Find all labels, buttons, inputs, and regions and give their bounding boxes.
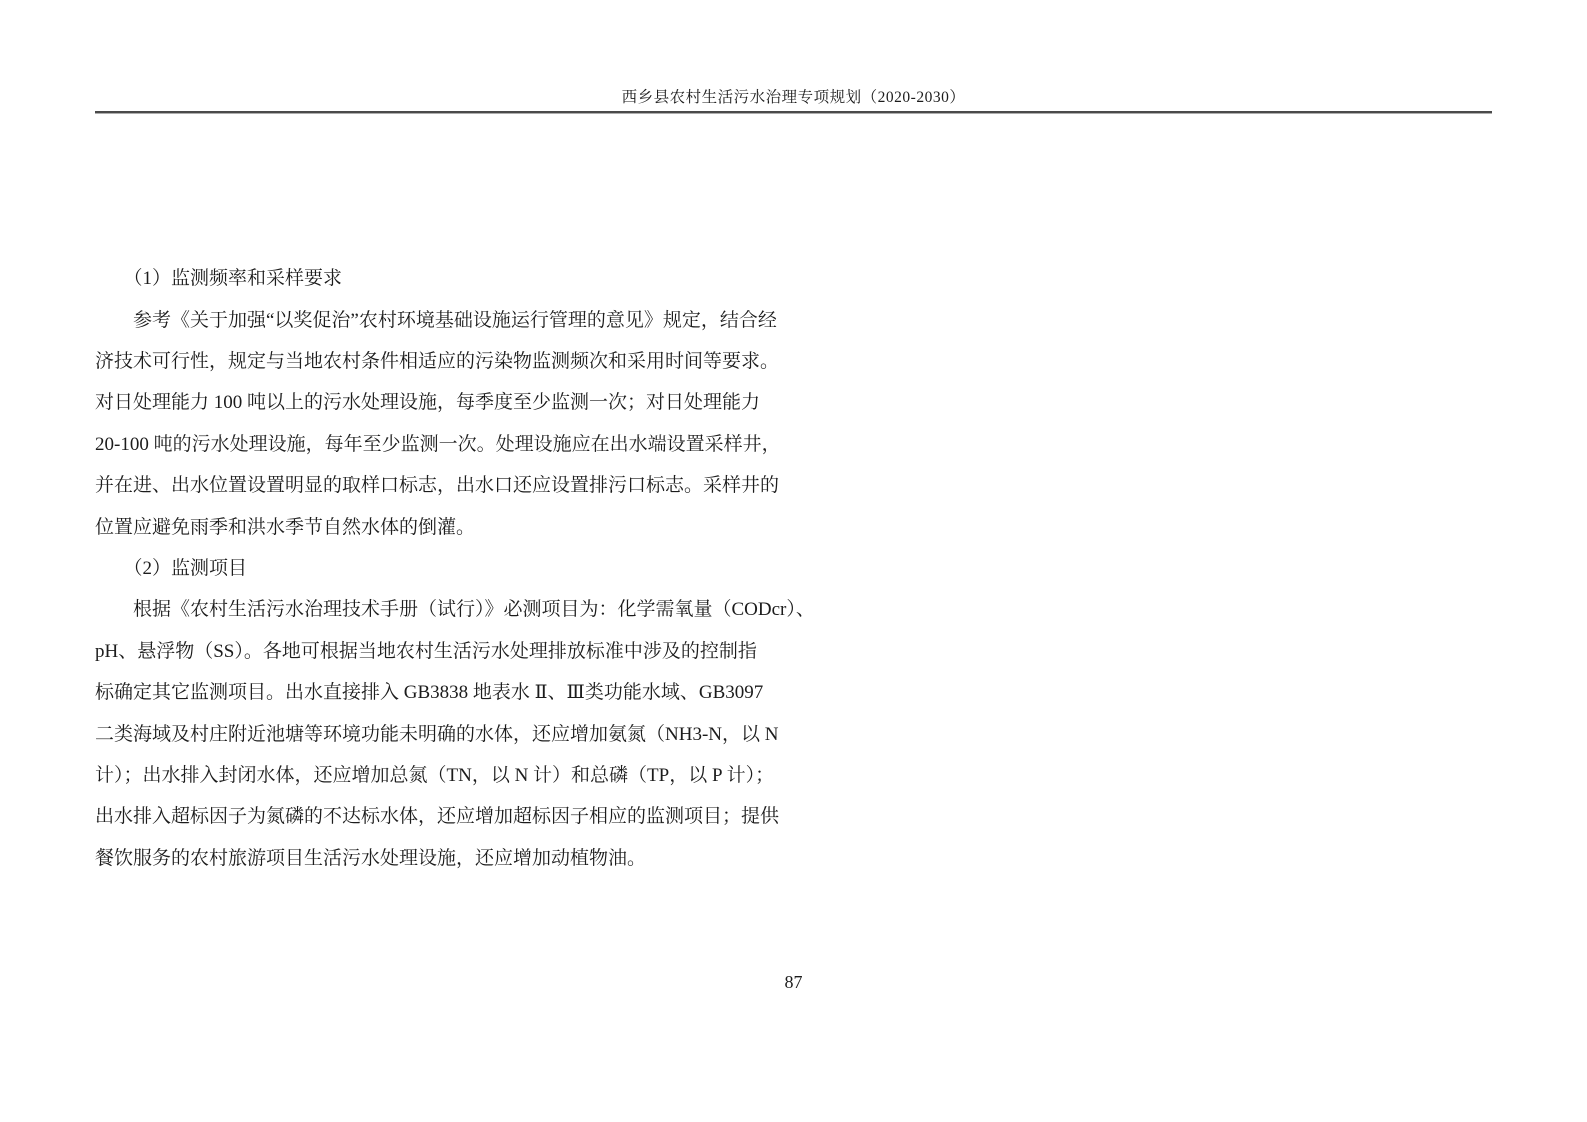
text-line: 济技术可行性，规定与当地农村条件相适应的污染物监测频次和采用时间等要求。 — [95, 341, 795, 382]
header-rule — [95, 111, 1492, 114]
document-body: （1）监测频率和采样要求 参考《关于加强“以奖促治”农村环境基础设施运行管理的意… — [95, 134, 795, 879]
page-footer: 87 — [95, 972, 1492, 993]
text-line: 根据《农村生活污水治理技术手册（试行）》必测项目为：化学需氧量（CODcr）、 — [95, 589, 795, 630]
header-title: 西乡县农村生活污水治理专项规划（2020-2030） — [95, 85, 1492, 107]
text-line: 对日处理能力 100 吨以上的污水处理设施，每季度至少监测一次；对日处理能力 — [95, 382, 795, 423]
text-line: 标确定其它监测项目。出水直接排入 GB3838 地表水 Ⅱ、Ⅲ类功能水域、GB3… — [95, 672, 795, 713]
text-line: 20-100 吨的污水处理设施，每年至少监测一次。处理设施应在出水端设置采样井， — [95, 424, 795, 465]
document-page: 西乡县农村生活污水治理专项规划（2020-2030） （1）监测频率和采样要求 … — [0, 0, 1587, 1122]
page-number: 87 — [785, 972, 803, 992]
text-line: （2）监测项目 — [95, 548, 795, 589]
text-line: 计）；出水排入封闭水体，还应增加总氮（TN，以 N 计）和总磷（TP，以 P 计… — [95, 755, 795, 796]
text-line: 位置应避免雨季和洪水季节自然水体的倒灌。 — [95, 507, 795, 548]
text-line: 餐饮服务的农村旅游项目生活污水处理设施，还应增加动植物油。 — [95, 838, 795, 879]
text-line: 参考《关于加强“以奖促治”农村环境基础设施运行管理的意见》规定，结合经 — [95, 300, 795, 341]
text-line: （1）监测频率和采样要求 — [95, 258, 795, 299]
text-line: pH、悬浮物（SS）。各地可根据当地农村生活污水处理排放标准中涉及的控制指 — [95, 631, 795, 672]
text-line: 并在进、出水位置设置明显的取样口标志，出水口还应设置排污口标志。采样井的 — [95, 465, 795, 506]
text-line: 出水排入超标因子为氮磷的不达标水体，还应增加超标因子相应的监测项目；提供 — [95, 796, 795, 837]
text-line: 二类海域及村庄附近池塘等环境功能未明确的水体，还应增加氨氮（NH3-N，以 N — [95, 714, 795, 755]
